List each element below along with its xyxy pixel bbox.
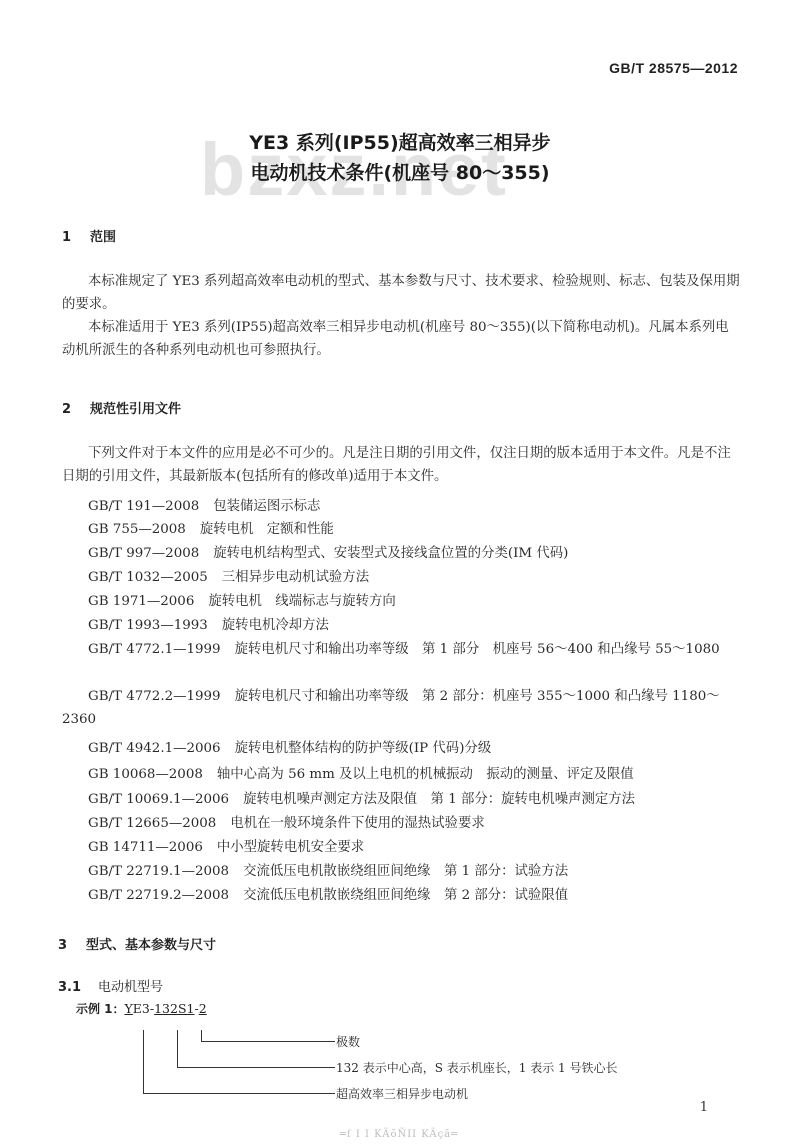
- references-intro: 下列文件对于本文件的应用是必不可少的。凡是注日期的引用文件，仅注日期的版本适用于…: [62, 442, 742, 488]
- reference-title: 旋转电机整体结构的防护等级(IP 代码)分级: [235, 741, 492, 756]
- reference-code: GB 755—2008: [88, 522, 186, 537]
- subsection-title: 电动机型号: [98, 980, 163, 995]
- frame-leader-vertical: [177, 1030, 178, 1068]
- standard-number: GB/T 28575—2012: [609, 60, 738, 76]
- legend-series: 超高效率三相异步电动机: [336, 1085, 468, 1102]
- reference-code: GB 14711—2006: [88, 840, 203, 855]
- reference-code: GB/T 22719.2—2008: [88, 888, 229, 903]
- reference-code: GB/T 22719.1—2008: [88, 864, 229, 879]
- reference-item: GB/T 4772.2—1999旋转电机尺寸和输出功率等级 第 2 部分：机座号…: [62, 685, 742, 731]
- model-example: 示例 1：YE3-132S1-2: [76, 1000, 207, 1017]
- model-part-poles: 2: [199, 1001, 207, 1016]
- legend-poles: 极数: [336, 1033, 360, 1050]
- footer-mark: ═ſ I I KÄõÑII KÄçã═: [340, 1129, 458, 1140]
- reference-title: 旋转电机噪声测定方法及限值 第 1 部分：旋转电机噪声测定方法: [243, 792, 635, 807]
- legend-frame: 132 表示中心高，S 表示机座长，1 表示 1 号铁心长: [336, 1059, 617, 1076]
- reference-item: GB 14711—2006中小型旋转电机安全要求: [88, 836, 364, 855]
- document-title-line1: YE3 系列(IP55)超高效率三相异步: [0, 128, 800, 155]
- reference-item: GB/T 10069.1—2006旋转电机噪声测定方法及限值 第 1 部分：旋转…: [88, 788, 635, 807]
- poles-leader-horizontal: [201, 1041, 335, 1042]
- reference-title: 中小型旋转电机安全要求: [217, 840, 364, 855]
- reference-item: GB/T 22719.2—2008交流低压电机散嵌绕组匝间绝缘 第 2 部分：试…: [88, 884, 568, 903]
- reference-title: 旋转电机冷却方法: [222, 618, 329, 633]
- frame-leader-horizontal: [177, 1067, 335, 1068]
- reference-code: GB/T 12665—2008: [88, 816, 216, 831]
- reference-title: 三相异步电动机试验方法: [222, 570, 369, 585]
- page-number: 1: [700, 1100, 708, 1115]
- series-leader-horizontal: [143, 1093, 335, 1094]
- model-part-series: Y: [125, 1001, 133, 1016]
- reference-item: GB/T 4772.1—1999旋转电机尺寸和输出功率等级 第 1 部分 机座号…: [62, 638, 742, 661]
- model-part-frame: 132S1: [154, 1001, 194, 1016]
- reference-code: GB/T 4772.2—1999: [88, 689, 221, 704]
- scope-paragraph-1: 本标准规定了 YE3 系列超高效率电动机的型式、基本参数与尺寸、技术要求、检验规…: [62, 270, 742, 316]
- section-number: 2: [62, 402, 90, 417]
- section-number: 3: [58, 938, 86, 953]
- section-3-heading: 3型式、基本参数与尺寸: [58, 934, 216, 953]
- section-2-heading: 2规范性引用文件: [62, 398, 181, 417]
- reference-code: GB/T 10069.1—2006: [88, 792, 229, 807]
- reference-code: GB/T 1993—1993: [88, 618, 208, 633]
- reference-code: GB/T 4942.1—2006: [88, 741, 221, 756]
- reference-item: GB/T 1032—2005三相异步电动机试验方法: [88, 566, 369, 585]
- reference-item: GB/T 4942.1—2006旋转电机整体结构的防护等级(IP 代码)分级: [88, 737, 491, 756]
- reference-title: 电机在一般环境条件下使用的湿热试验要求: [230, 816, 484, 831]
- reference-item: GB 755—2008旋转电机 定额和性能: [88, 518, 334, 537]
- section-title: 型式、基本参数与尺寸: [86, 938, 216, 953]
- reference-title: 交流低压电机散嵌绕组匝间绝缘 第 1 部分：试验方法: [243, 864, 568, 879]
- subsection-number: 3.1: [58, 980, 98, 995]
- reference-title: 旋转电机结构型式、安装型式及接线盒位置的分类(IM 代码): [213, 546, 568, 561]
- reference-code: GB 1971—2006: [88, 594, 194, 609]
- series-leader-vertical: [143, 1030, 144, 1093]
- reference-code: GB 10068—2008: [88, 767, 203, 782]
- reference-title: 包装储运图示标志: [213, 499, 320, 514]
- section-title: 规范性引用文件: [90, 402, 181, 417]
- model-part-efficiency: E3-: [133, 1001, 154, 1016]
- scope-paragraph-2: 本标准适用于 YE3 系列(IP55)超高效率三相异步电动机(机座号 80～35…: [62, 316, 742, 362]
- reference-title: 旋转电机 线端标志与旋转方向: [208, 594, 395, 609]
- reference-item: GB 10068—2008轴中心高为 56 mm 及以上电机的机械振动 振动的测…: [88, 763, 634, 782]
- section-1-heading: 1范围: [62, 226, 116, 245]
- reference-code: GB/T 1032—2005: [88, 570, 208, 585]
- section-number: 1: [62, 230, 90, 245]
- reference-code: GB/T 191—2008: [88, 499, 199, 514]
- reference-code: GB/T 997—2008: [88, 546, 199, 561]
- reference-item: GB/T 22719.1—2008交流低压电机散嵌绕组匝间绝缘 第 1 部分：试…: [88, 860, 568, 879]
- section-title: 范围: [90, 230, 116, 245]
- reference-code: GB/T 4772.1—1999: [88, 642, 221, 657]
- reference-item: GB/T 191—2008包装储运图示标志: [88, 495, 320, 514]
- reference-title: 交流低压电机散嵌绕组匝间绝缘 第 2 部分：试验限值: [243, 888, 568, 903]
- reference-title: 旋转电机尺寸和输出功率等级 第 1 部分 机座号 56～400 和凸缘号 55～…: [235, 642, 720, 657]
- document-title-line2: 电动机技术条件(机座号 80～355): [0, 158, 800, 185]
- example-label: 示例 1：: [76, 1002, 125, 1016]
- reference-item: GB/T 12665—2008电机在一般环境条件下使用的湿热试验要求: [88, 812, 485, 831]
- subsection-3-1-heading: 3.1电动机型号: [58, 976, 163, 995]
- reference-item: GB 1971—2006旋转电机 线端标志与旋转方向: [88, 590, 396, 609]
- reference-item: GB/T 1993—1993旋转电机冷却方法: [88, 614, 329, 633]
- reference-title: 旋转电机 定额和性能: [200, 522, 334, 537]
- reference-item: GB/T 997—2008旋转电机结构型式、安装型式及接线盒位置的分类(IM 代…: [88, 542, 568, 561]
- reference-title: 轴中心高为 56 mm 及以上电机的机械振动 振动的测量、评定及限值: [217, 767, 634, 782]
